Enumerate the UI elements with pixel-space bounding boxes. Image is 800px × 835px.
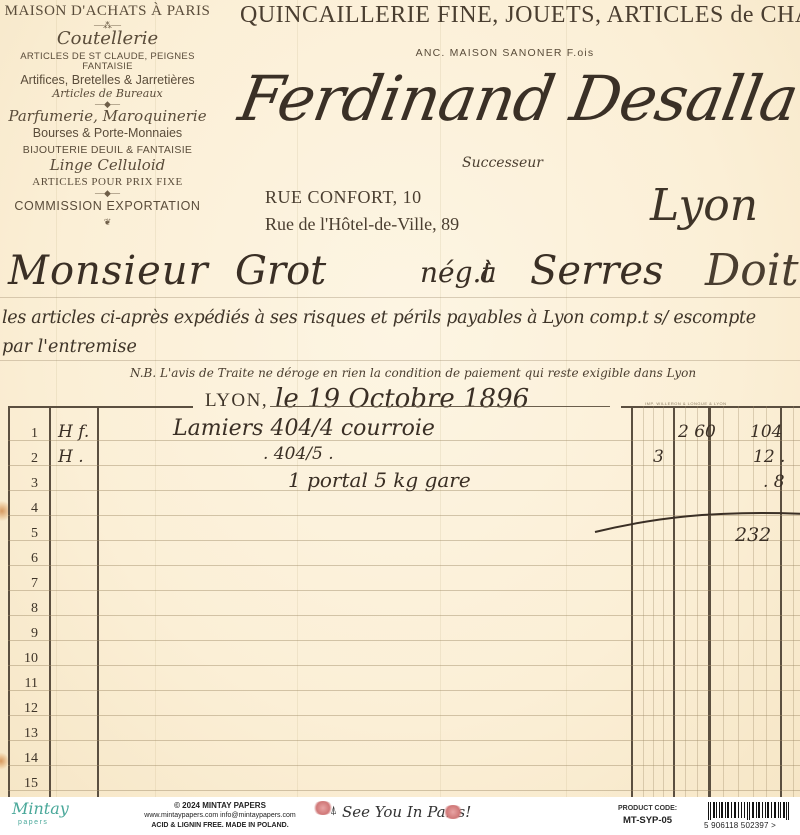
row-number: 9 — [0, 626, 38, 642]
product-code: MT-SYP-05 — [623, 815, 672, 826]
terms-line-1: les articles ci-après expédiés à ses ris… — [2, 308, 756, 328]
address-line-2: Rue de l'Hôtel-de-Ville, 89 — [265, 214, 459, 235]
letterhead-line: Maison d'Achats à Paris — [0, 4, 215, 20]
divider — [0, 297, 800, 298]
copyright: © 2024 MINTAY PAPERS — [120, 801, 320, 811]
brand-logo: Mintay — [12, 799, 69, 818]
row-line — [8, 765, 800, 766]
letterhead-line: Bijouterie Deuil & Fantaisie — [0, 145, 215, 156]
row-number: 5 — [0, 526, 38, 542]
letterhead-line: Coutellerie — [0, 30, 215, 49]
entry-description: . 404/5 . — [263, 444, 334, 464]
row-line — [8, 615, 800, 616]
row-line — [8, 540, 800, 541]
ornament-icon: —◆— — [0, 188, 215, 198]
merchant-name: Ferdinand Desalla — [234, 62, 800, 135]
row-number: 11 — [0, 676, 38, 692]
row-line — [8, 715, 800, 716]
row-line — [8, 590, 800, 591]
address-line-1: RUE CONFORT, 10 — [265, 187, 422, 208]
row-line — [8, 665, 800, 666]
entry-description: 1 portal 5 kg gare — [288, 468, 471, 492]
entry-description: Lamiers 404/4 courroie — [173, 416, 435, 441]
city-script: Lyon — [650, 180, 758, 231]
addressee-town: Serres — [530, 248, 664, 294]
row-line — [8, 740, 800, 741]
ledger-top-border — [8, 406, 193, 408]
row-line — [8, 640, 800, 641]
row-line — [8, 690, 800, 691]
row-number: 6 — [0, 551, 38, 567]
letterhead-line: Bourses & Porte-Monnaies — [0, 127, 215, 140]
eiffel-tower-icon: ⍋ — [330, 803, 337, 818]
ledger-grid: 1 2 3 4 5 6 7 8 9 10 11 12 13 14 15 H f.… — [8, 406, 800, 797]
terms-note: N.B. L'avis de Traite ne déroge en rien … — [130, 366, 696, 380]
invoice-paper: Maison d'Achats à Paris —⁂— Coutellerie … — [0, 0, 800, 797]
letterhead-line: Parfumerie, Maroquinerie — [0, 109, 215, 125]
letterhead-line: Linge Celluloid — [0, 158, 215, 174]
terms-line-2: par l'entremise — [2, 337, 137, 357]
barcode-icon — [708, 802, 790, 820]
row-number: 1 — [0, 426, 38, 442]
addressee-name: Grot — [235, 248, 326, 294]
entry-amount: 12 . — [753, 447, 785, 467]
total-amount: 232 — [735, 524, 771, 546]
former-house: ANC. MAISON SANONER F.ois — [0, 47, 800, 59]
disclaimer: ACID & LIGNIN FREE. MADE IN POLAND. — [120, 821, 320, 831]
row-line — [8, 565, 800, 566]
row-line — [8, 465, 800, 466]
entry-qty: 2 60 — [678, 422, 716, 442]
divider — [0, 360, 800, 361]
salutation: Monsieur — [8, 248, 209, 294]
row-number: 12 — [0, 701, 38, 717]
row-number: 8 — [0, 601, 38, 617]
entry-mark: H f. — [58, 422, 89, 442]
copyright-block: © 2024 MINTAY PAPERS www.mintaypapers.co… — [120, 801, 320, 831]
entry-qty: 3 — [653, 447, 664, 467]
product-code-label: PRODUCT CODE: — [618, 805, 677, 812]
doit-label: Doit — [705, 245, 799, 296]
row-number: 7 — [0, 576, 38, 592]
letterhead-line: Articles de Bureaux — [0, 88, 215, 100]
barcode-number: 5 906118 502397 > — [704, 821, 776, 830]
addressee-prep: à — [480, 256, 497, 289]
entry-mark: H . — [58, 447, 84, 467]
row-line — [8, 790, 800, 791]
contact: www.mintaypapers.com info@mintaypapers.c… — [120, 811, 320, 821]
row-number: 13 — [0, 726, 38, 742]
letterhead-line: Artifices, Bretelles & Jarretières — [0, 74, 215, 87]
letterhead-line: Articles pour Prix Fixe — [0, 177, 215, 189]
entry-amount: 104 — [750, 422, 782, 442]
product-footer: Mintay papers © 2024 MINTAY PAPERS www.m… — [0, 797, 800, 835]
successor-label: Successeur — [462, 155, 543, 171]
ornament-icon: ❦ — [0, 217, 215, 227]
row-number: 3 — [0, 476, 38, 492]
letterhead-line: Commission Exportation — [0, 200, 215, 213]
ledger-top-border-right — [621, 406, 800, 408]
row-number: 2 — [0, 451, 38, 467]
row-number: 4 — [0, 501, 38, 517]
entry-amount: . 8 — [763, 472, 785, 492]
row-number: 15 — [0, 776, 38, 792]
letterhead-left: Maison d'Achats à Paris —⁂— Coutellerie … — [0, 4, 215, 227]
flower-icon — [442, 805, 464, 819]
business-title: QUINCAILLERIE FINE, JOUETS, ARTICLES de … — [240, 2, 800, 29]
row-number: 10 — [0, 651, 38, 667]
row-number: 14 — [0, 751, 38, 767]
brand-sub: papers — [18, 819, 48, 826]
